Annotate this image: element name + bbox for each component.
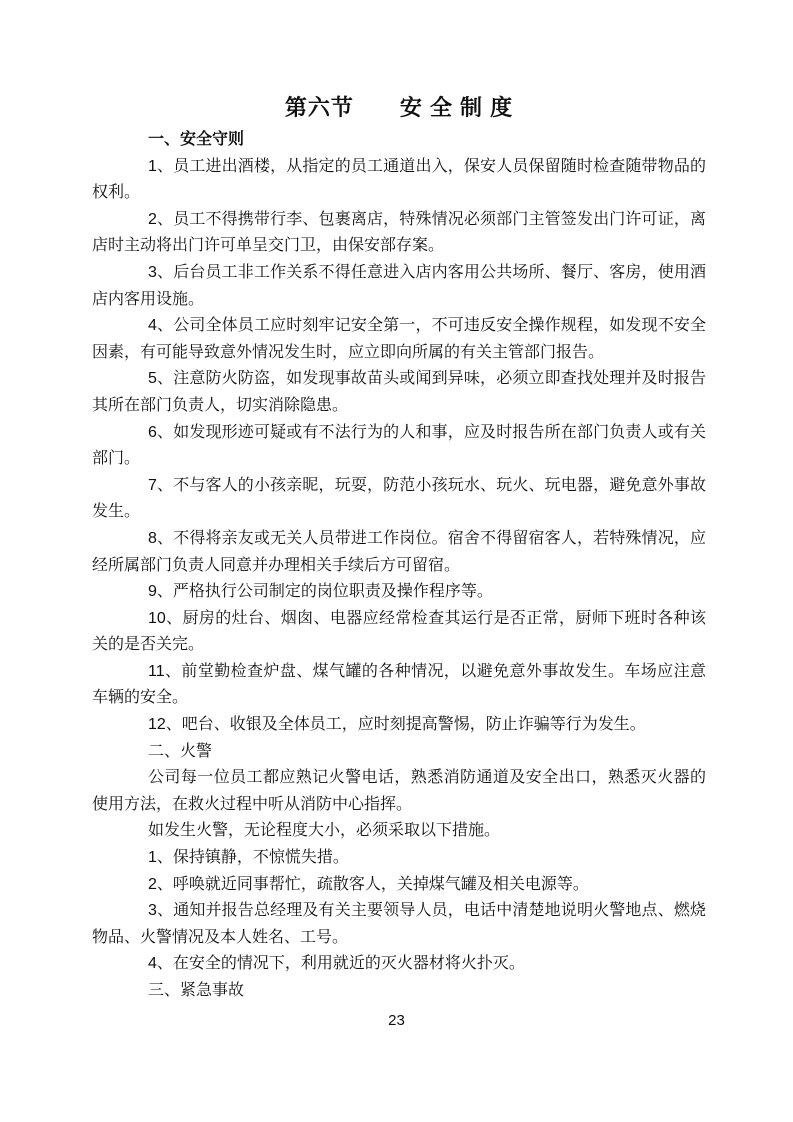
rule-paragraph: 7、不与客人的小孩亲昵，玩耍，防范小孩玩水、玩火、玩电器，避免意外事故发生。	[92, 473, 706, 526]
rule-paragraph: 4、公司全体员工应时刻牢记安全第一，不可违反安全操作规程，如发现不安全因素，有可…	[92, 313, 706, 366]
rule-paragraph: 6、如发现形迹可疑或有不法行为的人和事，应及时报告所在部门负责人或有关部门。	[92, 420, 706, 473]
document-content: 第六节 安 全 制 度 一、安全守则 1、员工进出酒楼，从指定的员工通道出入，保…	[92, 0, 706, 1005]
rule-paragraph: 8、不得将亲友或无关人员带进工作岗位。宿舍不得留宿客人，若特殊情况，应经所属部门…	[92, 526, 706, 579]
page-number: 23	[0, 1012, 793, 1030]
rule-paragraph: 4、在安全的情况下，利用就近的灭火器材将火扑灭。	[92, 951, 706, 978]
rule-paragraph: 2、员工不得携带行李、包裹离店，特殊情况必须部门主管签发出门许可证，离店时主动将…	[92, 207, 706, 260]
section-heading-emergency: 三、紧急事故	[92, 978, 706, 1005]
rule-paragraph: 1、员工进出酒楼，从指定的员工通道出入，保安人员保留随时检查随带物品的权利。	[92, 154, 706, 207]
document-page: 第六节 安 全 制 度 一、安全守则 1、员工进出酒楼，从指定的员工通道出入，保…	[0, 0, 793, 1122]
rule-paragraph: 公司每一位员工都应熟记火警电话，熟悉消防通道及安全出口，熟悉灭火器的使用方法，在…	[92, 765, 706, 818]
rule-paragraph: 11、前堂勤检查炉盘、煤气罐的各种情况，以避免意外事故发生。车场应注意车辆的安全…	[92, 659, 706, 712]
rule-paragraph: 如发生火警，无论程度大小，必须采取以下措施。	[92, 818, 706, 845]
rule-paragraph: 10、厨房的灶台、烟囱、电器应经常检查其运行是否正常，厨师下班时各种该关的是否关…	[92, 606, 706, 659]
rule-paragraph: 3、通知并报告总经理及有关主要领导人员，电话中清楚地说明火警地点、燃烧物品、火警…	[92, 898, 706, 951]
section-heading-safety-rules: 一、安全守则	[92, 127, 706, 154]
rule-paragraph: 3、后台员工非工作关系不得任意进入店内客用公共场所、餐厅、客房，使用酒店内客用设…	[92, 260, 706, 313]
section-heading-fire-alarm: 二、火警	[92, 739, 706, 766]
rule-paragraph: 5、注意防火防盗，如发现事故苗头或闻到异味，必须立即查找处理并及时报告其所在部门…	[92, 366, 706, 419]
rule-paragraph: 9、严格执行公司制定的岗位职责及操作程序等。	[92, 579, 706, 606]
rule-paragraph: 2、呼唤就近同事帮忙，疏散客人，关掉煤气罐及相关电源等。	[92, 872, 706, 899]
rule-paragraph: 12、吧台、收银及全体员工，应时刻提高警惕，防止诈骗等行为发生。	[92, 712, 706, 739]
page-title: 第六节 安 全 制 度	[92, 0, 706, 123]
rule-paragraph: 1、保持镇静，不惊慌失措。	[92, 845, 706, 872]
